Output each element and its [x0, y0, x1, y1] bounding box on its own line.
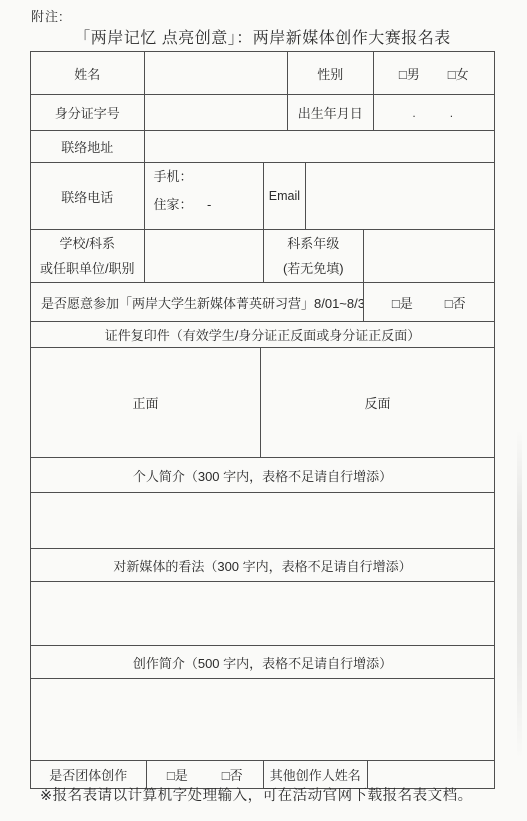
- address-value-cell: [144, 131, 494, 162]
- camp-no-checkbox-option: □否: [445, 293, 466, 312]
- camp-yes-checkbox-option: □是: [392, 293, 413, 312]
- grade-value-cell: [363, 230, 494, 282]
- camp-question: 是否愿意参加「两岸大学生新媒体菁英研习营」8/01~8/30: [31, 283, 363, 321]
- row-media-opinion-area: [31, 581, 494, 645]
- row-address: 联络地址: [31, 130, 494, 162]
- row-creation-intro-header: 创作简介（500 字内，表格不足请自行增添）: [31, 645, 494, 678]
- team-no-checkbox-option: □否: [222, 765, 243, 784]
- form-title: 「两岸记忆 点亮创意」：两岸新媒体创作大赛报名表: [30, 25, 495, 48]
- address-label: 联络地址: [31, 131, 144, 162]
- id-copy-front-cell: 正面: [31, 348, 260, 457]
- id-number-value-cell: [144, 95, 287, 130]
- name-label: 姓名: [31, 52, 144, 94]
- team-yes-checkbox-option: □是: [167, 765, 188, 784]
- row-id-copy-header: 证件复印件（有效学生/身分证正反面或身分证正反面）: [31, 321, 494, 347]
- scan-artifact-smudge: [517, 430, 522, 760]
- row-personal-bio-header: 个人简介（300 字内，表格不足请自行增添）: [31, 457, 494, 492]
- name-value-cell: [144, 52, 287, 94]
- phone-label: 联络电话: [31, 163, 144, 229]
- row-media-opinion-header: 对新媒体的看法（300 字内，表格不足请自行增添）: [31, 548, 494, 581]
- row-camp-question: 是否愿意参加「两岸大学生新媒体菁英研习营」8/01~8/30 □是 □否: [31, 282, 494, 321]
- phone-value-cell: 手机： 住家： -: [144, 163, 264, 229]
- row-name-gender: 姓名 性别 □男 □女: [31, 52, 494, 94]
- school-value-cell: [144, 230, 263, 282]
- id-copy-back-cell: 反面: [260, 348, 494, 457]
- grade-label-line2: (若无免填): [283, 256, 344, 281]
- media-opinion-value-cell: [31, 582, 494, 645]
- female-checkbox-option: □女: [448, 64, 469, 83]
- row-creation-intro-area: [31, 678, 494, 760]
- personal-bio-header: 个人简介（300 字内，表格不足请自行增添）: [31, 458, 494, 492]
- footer-note: ※报名表请以计算机字处理输入，可在活动官网下载报名表文档。: [40, 784, 473, 805]
- gender-options-cell: □男 □女: [373, 52, 494, 94]
- annotation-label: 附注:: [31, 6, 64, 25]
- personal-bio-value-cell: [31, 493, 494, 548]
- scanned-form-page: 附注: 「两岸记忆 点亮创意」：两岸新媒体创作大赛报名表 姓名 性别 □男 □女…: [0, 0, 527, 821]
- mobile-phone-line: 手机：: [154, 163, 193, 191]
- birth-date-label: 出生年月日: [287, 95, 373, 130]
- home-phone-line: 住家： -: [154, 191, 212, 219]
- gender-label: 性别: [287, 52, 373, 94]
- creation-intro-value-cell: [31, 679, 494, 760]
- birth-date-value-cell: . .: [373, 95, 494, 130]
- row-school-grade: 学校/科系 或任职单位/职别 科系年级 (若无免填): [31, 229, 494, 282]
- email-label: Email: [263, 163, 305, 229]
- id-copy-header: 证件复印件（有效学生/身分证正反面或身分证正反面）: [31, 322, 494, 347]
- row-id-birthdate: 身分证字号 出生年月日 . .: [31, 94, 494, 130]
- male-checkbox-option: □男: [399, 64, 420, 83]
- row-id-copy-areas: 正面 反面: [31, 347, 494, 457]
- school-label-line2: 或任职单位/职别: [40, 256, 135, 281]
- grade-label: 科系年级 (若无免填): [263, 230, 363, 282]
- camp-options-cell: □是 □否: [363, 283, 494, 321]
- email-value-cell: [305, 163, 494, 229]
- id-number-label: 身分证字号: [31, 95, 144, 130]
- row-personal-bio-area: [31, 492, 494, 548]
- grade-label-line1: 科系年级: [287, 231, 339, 256]
- school-label: 学校/科系 或任职单位/职别: [31, 230, 144, 282]
- row-phone-email: 联络电话 手机： 住家： - Email: [31, 162, 494, 229]
- creation-intro-header: 创作简介（500 字内，表格不足请自行增添）: [31, 646, 494, 678]
- birth-date-separator-dots: . .: [412, 106, 455, 120]
- media-opinion-header: 对新媒体的看法（300 字内，表格不足请自行增添）: [31, 549, 494, 581]
- school-label-line1: 学校/科系: [59, 231, 115, 256]
- registration-form-table: 姓名 性别 □男 □女 身分证字号 出生年月日 . . 联络地址: [30, 51, 495, 789]
